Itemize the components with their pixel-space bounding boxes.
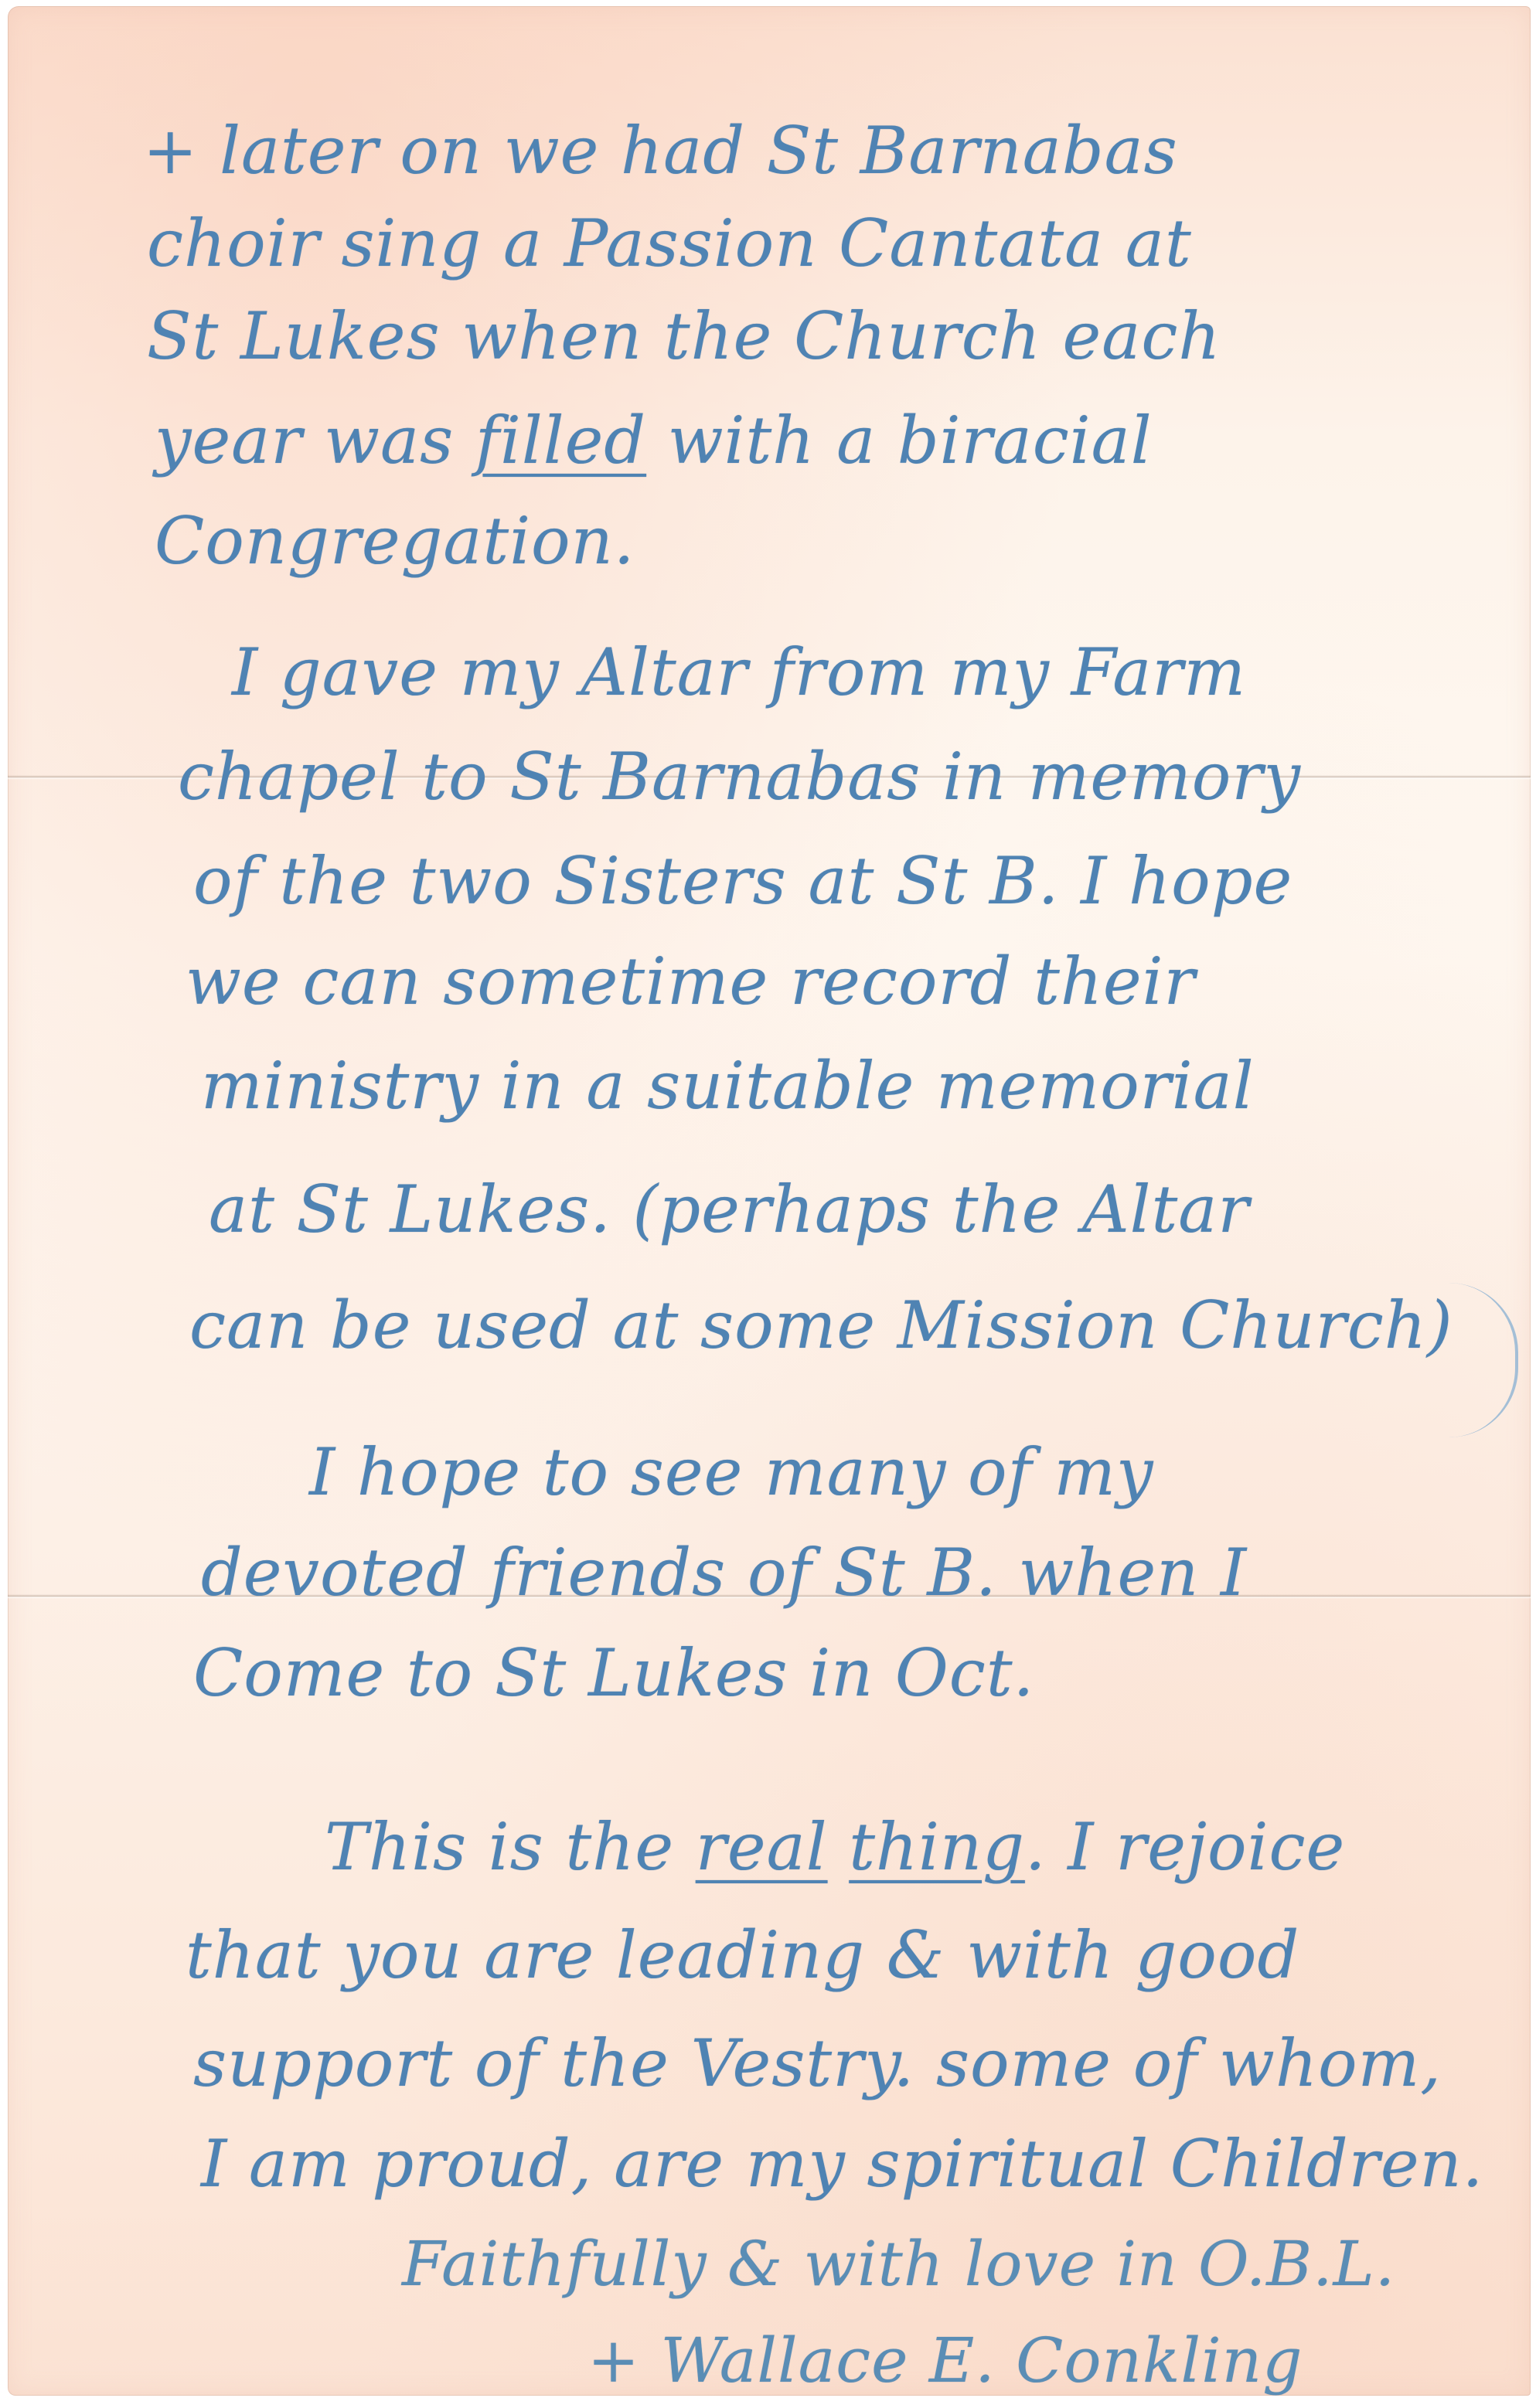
letter-line: can be used at some Mission Church): [189, 1287, 1453, 1364]
letter-line: Come to St Lukes in Oct.: [193, 1634, 1034, 1712]
letter-line: devoted friends of St B. when I: [201, 1534, 1247, 1611]
letter-line: ministry in a suitable memorial: [201, 1047, 1255, 1124]
letter-line: support of the Vestry. some of whom,: [193, 2025, 1442, 2102]
letter-line: I gave my Altar from my Farm: [232, 634, 1246, 711]
signature: + Wallace E. Conkling: [587, 2322, 1303, 2399]
letter-line: choir sing a Passion Cantata at: [147, 205, 1192, 282]
letter-line: I am proud, are my spiritual Children.: [201, 2125, 1483, 2202]
underlined-word: thing: [849, 1809, 1025, 1885]
letter-line: of the two Sisters at St B. I hope: [193, 842, 1292, 920]
underlined-word: filled: [475, 403, 646, 478]
letter-line: I hope to see many of my: [309, 1434, 1153, 1511]
letter-line: St Lukes when the Church each: [147, 298, 1221, 375]
letter-line: handwritten letter pageyear was filled w…: [155, 402, 1153, 479]
letter-line: This is the real thing. I rejoice: [325, 1808, 1345, 1886]
letter-line: + later on we had St Barnabas: [143, 112, 1178, 189]
letter-line: at St Lukes. (perhaps the Altar: [209, 1171, 1250, 1248]
valediction: Faithfully & with love in O.B.L.: [402, 2226, 1395, 2303]
letter-line: chapel to St Barnabas in memory: [178, 738, 1301, 815]
letter-line: we can sometime record their: [186, 943, 1196, 1020]
letter-line: Congregation.: [155, 502, 635, 580]
underlined-word: real: [696, 1809, 828, 1885]
letter-line: that you are leading & with good: [186, 1917, 1299, 1994]
